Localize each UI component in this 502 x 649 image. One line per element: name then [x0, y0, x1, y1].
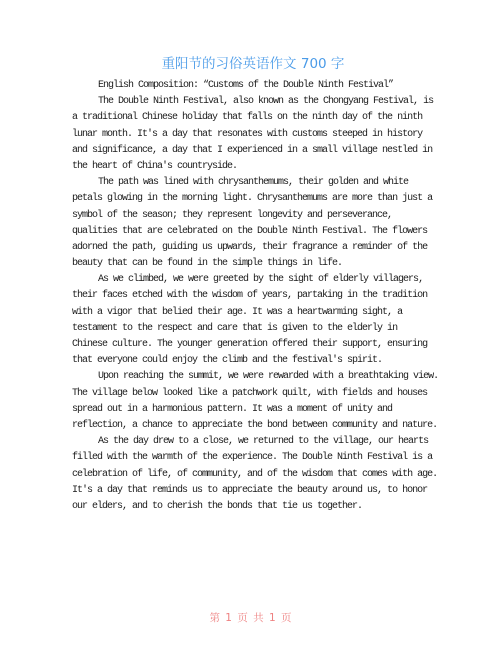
- text-line: petals glowing in the morning light. Chr…: [72, 191, 434, 207]
- text-line: filled with the warmth of the experience…: [72, 450, 434, 466]
- document-page: 重阳节的习俗英语作文 700 字 English Composition: “C…: [0, 0, 502, 649]
- document-title: 重阳节的习俗英语作文 700 字: [72, 52, 434, 76]
- text-line: beauty that can be found in the simple t…: [72, 256, 434, 272]
- text-line: the heart of China's countryside.: [72, 159, 434, 175]
- text-line: a traditional Chinese holiday that falls…: [72, 110, 434, 126]
- text-line: testament to the respect and care that i…: [72, 321, 434, 337]
- text-line: Upon reaching the summit, we were reward…: [72, 369, 434, 385]
- text-line: qualities that are celebrated on the Dou…: [72, 224, 434, 240]
- text-line: It's a day that reminds us to appreciate…: [72, 483, 434, 499]
- paragraph: The path was lined with chrysanthemums, …: [72, 175, 434, 272]
- text-line: that everyone could enjoy the climb and …: [72, 353, 434, 369]
- text-line: symbol of the season; they represent lon…: [72, 208, 434, 224]
- text-line: The village below looked like a patchwor…: [72, 386, 434, 402]
- text-line: Chinese culture. The younger generation …: [72, 337, 434, 353]
- text-line: spread out in a harmonious pattern. It w…: [72, 402, 434, 418]
- document-body: 重阳节的习俗英语作文 700 字 English Composition: “C…: [72, 52, 434, 515]
- text-line: and significance, a day that I experienc…: [72, 143, 434, 159]
- text-line: As we climbed, we were greeted by the si…: [72, 272, 434, 288]
- text-line: The Double Ninth Festival, also known as…: [72, 94, 434, 110]
- text-line: celebration of life, of community, and o…: [72, 467, 434, 483]
- paragraph: As we climbed, we were greeted by the si…: [72, 272, 434, 369]
- text-line: As the day drew to a close, we returned …: [72, 434, 434, 450]
- paragraph: Upon reaching the summit, we were reward…: [72, 369, 434, 434]
- text-line: their faces etched with the wisdom of ye…: [72, 288, 434, 304]
- paragraph: English Composition: “Customs of the Dou…: [72, 78, 434, 94]
- paragraph: As the day drew to a close, we returned …: [72, 434, 434, 515]
- text-line: our elders, and to cherish the bonds tha…: [72, 499, 434, 515]
- page-footer: 第 1 页 共 1 页: [0, 611, 502, 625]
- text-line: English Composition: “Customs of the Dou…: [72, 78, 434, 94]
- text-line: The path was lined with chrysanthemums, …: [72, 175, 434, 191]
- text-line: adorned the path, guiding us upwards, th…: [72, 240, 434, 256]
- text-line: lunar month. It's a day that resonates w…: [72, 127, 434, 143]
- body-text: English Composition: “Customs of the Dou…: [72, 78, 434, 515]
- text-line: with a vigor that belied their age. It w…: [72, 305, 434, 321]
- text-line: reflection, a chance to appreciate the b…: [72, 418, 434, 434]
- paragraph: The Double Ninth Festival, also known as…: [72, 94, 434, 175]
